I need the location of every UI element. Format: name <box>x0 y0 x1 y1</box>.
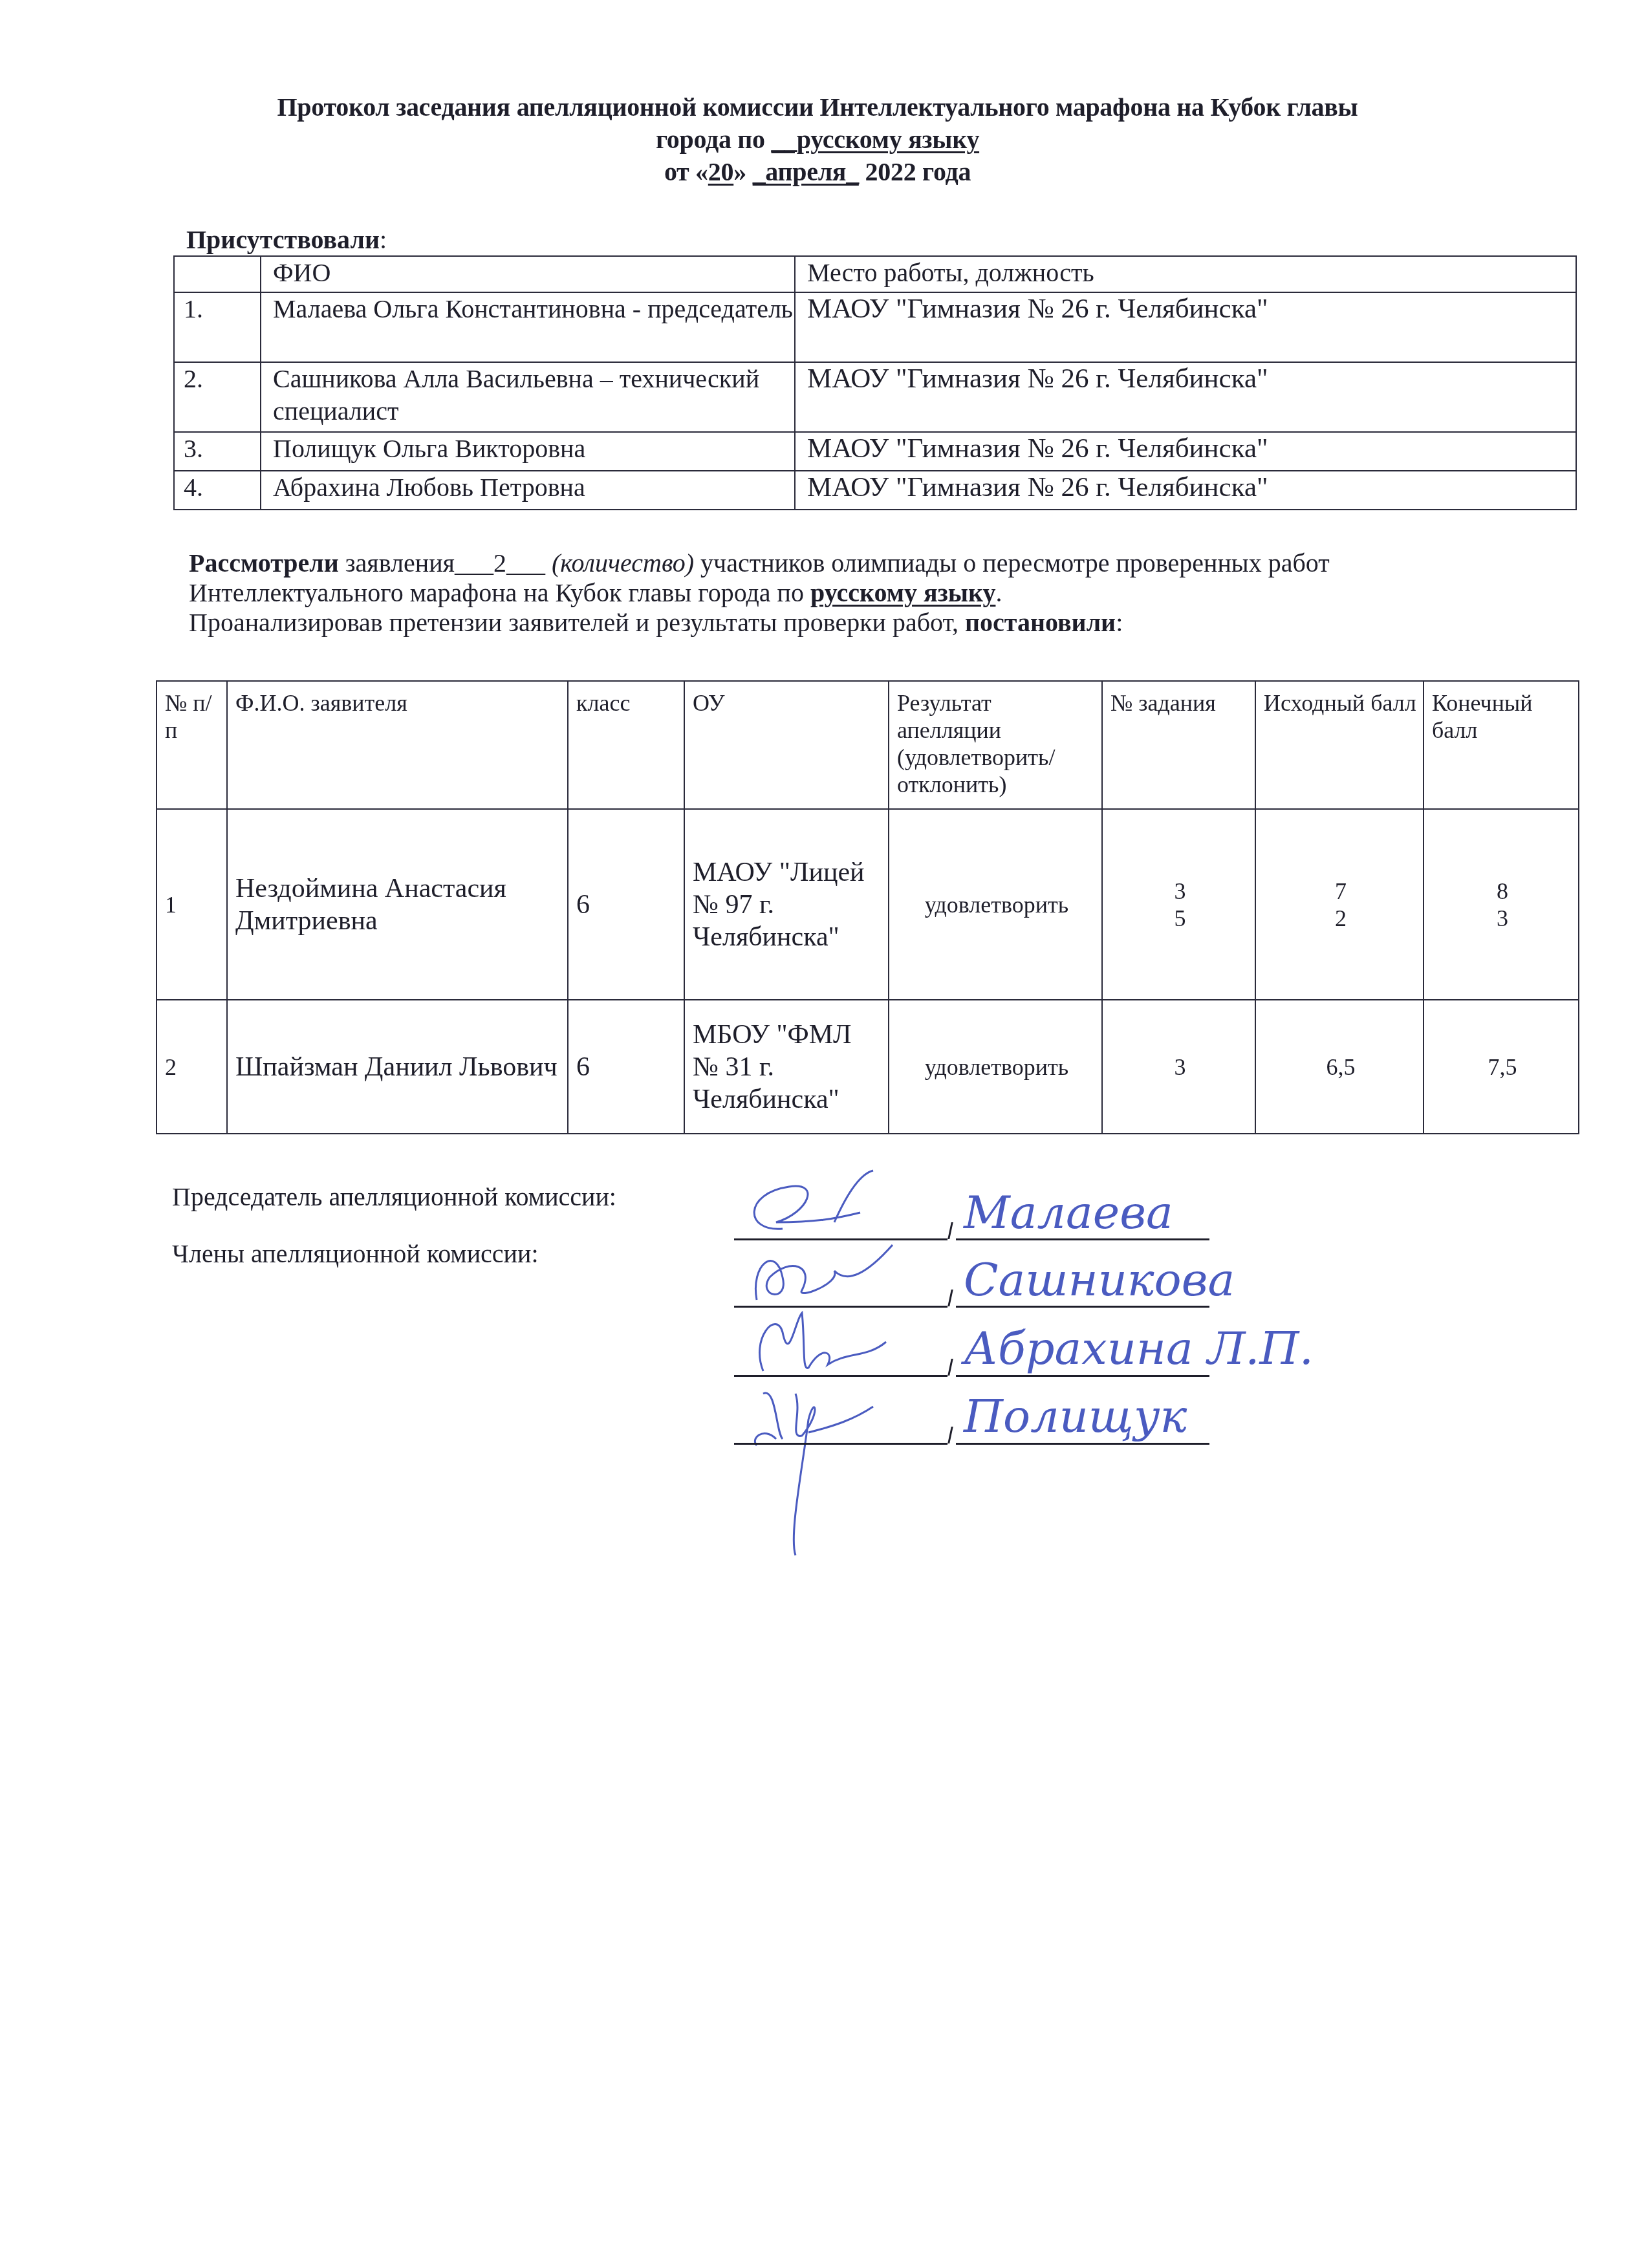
attendee-num: 1. <box>174 292 261 362</box>
table-row: 1 Нездоймина Анастасия Дмитриевна 6 МАОУ… <box>157 809 1579 1000</box>
signature-name: Полищук <box>964 1394 1187 1439</box>
table-row: 4. Абрахина Любовь Петровна МАОУ "Гимназ… <box>174 471 1576 510</box>
appeal-grade: 6 <box>568 809 684 1000</box>
appeal-num: 2 <box>157 1000 227 1134</box>
signature-name: Сашникова <box>964 1257 1235 1302</box>
table-row: 3. Полищук Ольга Викторовна МАОУ "Гимназ… <box>174 432 1576 471</box>
signature-line <box>734 1443 947 1445</box>
col-task: № задания <box>1102 681 1255 809</box>
appeal-initial-score: 6,5 <box>1255 1000 1424 1134</box>
name-line <box>956 1375 1209 1377</box>
appeal-school: МАОУ "Лицей № 97 г. Челябинска" <box>684 809 889 1000</box>
review-subject: русскому языку <box>810 578 995 607</box>
attendee-workplace: МАОУ "Гимназия № 26 г. Челябинска" <box>795 471 1576 510</box>
appeal-result: удовлетворить <box>889 809 1102 1000</box>
attendee-num: 3. <box>174 432 261 471</box>
review-decision: постановили <box>965 608 1116 637</box>
attendee-num: 2. <box>174 362 261 432</box>
col-num: № п/п <box>157 681 227 809</box>
date-month: _апреля_ <box>753 157 859 186</box>
appeal-num: 1 <box>157 809 227 1000</box>
signature-separator <box>947 1290 953 1306</box>
score-value: 2 <box>1264 905 1418 932</box>
name-line <box>956 1443 1209 1445</box>
document-date: от «20» _апреля_ 2022 года <box>0 157 1635 187</box>
appeal-final-score: 8 3 <box>1424 809 1579 1000</box>
col-result: Результат апелляции (удовлетворить/ откл… <box>889 681 1102 809</box>
col-applicant: Ф.И.О. заявителя <box>227 681 568 809</box>
attendee-workplace: МАОУ "Гимназия № 26 г. Челябинска" <box>795 362 1576 432</box>
attendee-name: Сашникова Алла Васильевна – технический … <box>261 362 795 432</box>
attendee-workplace: МАОУ "Гимназия № 26 г. Челябинска" <box>795 292 1576 362</box>
attendee-name: Абрахина Любовь Петровна <box>261 471 795 510</box>
score-value: 6,5 <box>1264 1053 1418 1081</box>
review-line-3: Проанализировав претензии заявителей и р… <box>189 608 1579 638</box>
attendees-label-text: Присутствовали <box>186 225 380 254</box>
review-paragraph: Рассмотрели заявления___2___ (количество… <box>189 548 1579 638</box>
review-text: Проанализировав претензии заявителей и р… <box>189 608 965 637</box>
signature-scribble-icon <box>737 1374 931 1562</box>
date-prefix: от « <box>664 157 708 186</box>
attendee-name: Полищук Ольга Викторовна <box>261 432 795 471</box>
appeal-grade: 6 <box>568 1000 684 1134</box>
attendees-col-name: ФИО <box>261 256 795 292</box>
date-day: 20 <box>708 157 733 186</box>
appeal-final-score: 7,5 <box>1424 1000 1579 1134</box>
applications-count: ___2___ <box>455 548 545 578</box>
appeals-header-row: № п/п Ф.И.О. заявителя класс ОУ Результа… <box>157 681 1579 809</box>
signature-separator <box>947 1222 953 1239</box>
signature-scribble-icon <box>737 1306 931 1381</box>
attendees-header-row: ФИО Место работы, должность <box>174 256 1576 292</box>
review-text: участников олимпиады о пересмотре провер… <box>694 548 1330 578</box>
score-value: 7 <box>1264 878 1418 905</box>
signature-name: Малаева <box>964 1190 1173 1235</box>
attendee-num: 4. <box>174 471 261 510</box>
date-mid: » <box>733 157 752 186</box>
attendees-label: Присутствовали: <box>186 225 387 255</box>
appeal-school: МБОУ "ФМЛ № 31 г. Челябинска" <box>684 1000 889 1134</box>
document-title-line2: города по __русскому языку <box>0 125 1635 155</box>
appeals-table: № п/п Ф.И.О. заявителя класс ОУ Результа… <box>156 680 1579 1134</box>
signature-name: Абрахина Л.П. <box>964 1326 1314 1371</box>
attendee-workplace: МАОУ "Гимназия № 26 г. Челябинска" <box>795 432 1576 471</box>
review-line-1: Рассмотрели заявления___2___ (количество… <box>189 548 1579 578</box>
subject: __русскому языку <box>771 125 979 154</box>
chair-label: Председатель апелляционной комиссии: <box>172 1182 616 1212</box>
attendees-col-num <box>174 256 261 292</box>
title-prefix: города по <box>656 125 772 154</box>
appeal-task: 3 <box>1102 1000 1255 1134</box>
attendee-name: Малаева Ольга Константиновна - председат… <box>261 292 795 362</box>
task-number: 3 <box>1110 1053 1250 1081</box>
col-initial-score: Исходный балл <box>1255 681 1424 809</box>
appeal-applicant: Нездоймина Анастасия Дмитриевна <box>227 809 568 1000</box>
table-row: 2. Сашникова Алла Васильевна – техническ… <box>174 362 1576 432</box>
attendees-table: ФИО Место работы, должность 1. Малаева О… <box>173 255 1577 510</box>
document-title-line1: Протокол заседания апелляционной комисси… <box>0 92 1635 122</box>
table-row: 1. Малаева Ольга Константиновна - предсе… <box>174 292 1576 362</box>
table-row: 2 Шпайзман Даниил Львович 6 МБОУ "ФМЛ № … <box>157 1000 1579 1134</box>
attendees-col-workplace: Место работы, должность <box>795 256 1576 292</box>
signature-scribble-icon <box>737 1167 931 1238</box>
date-year: 2022 года <box>865 157 971 186</box>
task-number: 5 <box>1110 905 1250 932</box>
appeal-initial-score: 7 2 <box>1255 809 1424 1000</box>
signature-scribble-icon <box>737 1238 931 1310</box>
score-value: 3 <box>1432 905 1573 932</box>
review-text: заявления <box>339 548 455 578</box>
review-text: Интеллектуального марафона на Кубок глав… <box>189 578 810 607</box>
review-italic: (количество) <box>545 548 694 578</box>
col-school: ОУ <box>684 681 889 809</box>
score-value: 7,5 <box>1432 1053 1573 1081</box>
col-final-score: Конечный балл <box>1424 681 1579 809</box>
signature-separator <box>947 1359 953 1376</box>
score-value: 8 <box>1432 878 1573 905</box>
review-period: . <box>995 578 1002 607</box>
review-colon: : <box>1116 608 1123 637</box>
members-label: Члены апелляционной комиссии: <box>172 1239 539 1269</box>
appeal-task: 3 5 <box>1102 809 1255 1000</box>
signature-separator <box>947 1427 953 1443</box>
appeal-applicant: Шпайзман Даниил Львович <box>227 1000 568 1134</box>
review-bold: Рассмотрели <box>189 548 339 578</box>
col-grade: класс <box>568 681 684 809</box>
attendees-label-colon: : <box>380 225 387 254</box>
review-line-2: Интеллектуального марафона на Кубок глав… <box>189 578 1579 608</box>
appeal-result: удовлетворить <box>889 1000 1102 1134</box>
task-number: 3 <box>1110 878 1250 905</box>
